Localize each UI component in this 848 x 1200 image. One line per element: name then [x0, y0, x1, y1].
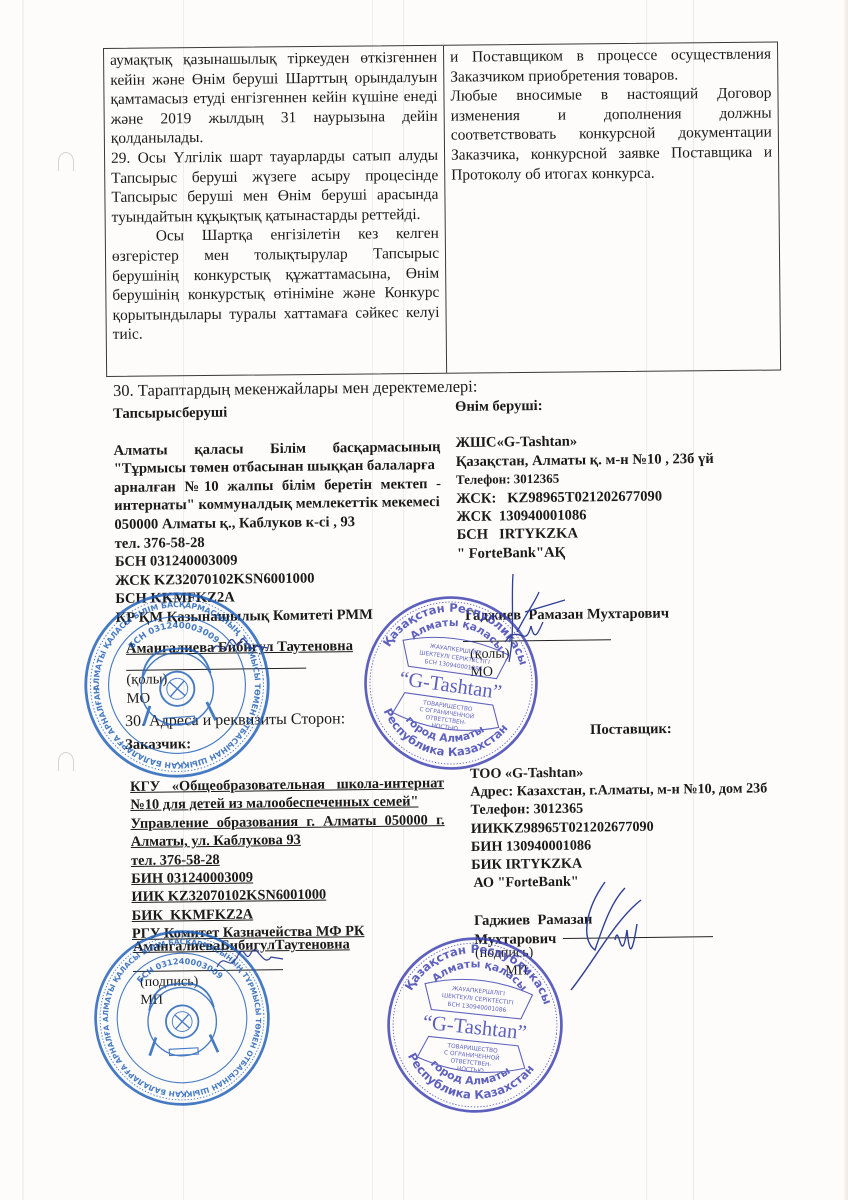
kz-supplier-seal-caption: МО — [470, 664, 510, 682]
ru-supplier-signatory-line1: Гаджиев Рамазан — [474, 911, 592, 931]
ru-supplier-block: ТОО «G-Tashtan» Адрес: Казахстан, г.Алма… — [470, 761, 782, 892]
kz-paragraph-29: 29. Осы Үлгілік шарт тауарларды сатып ал… — [111, 146, 439, 228]
svg-text:С ОГРАНИЧЕННОЙ: С ОГРАНИЧЕННОЙ — [419, 706, 475, 721]
ru-supplier-seal-caption: МП — [475, 962, 533, 981]
ru-customer-seal-caption: МП — [140, 991, 198, 1010]
ru-section-heading: 30. Адреса и реквизиты Сторон: — [125, 710, 345, 731]
kz-supplier-signature-caption: (қолы) — [470, 646, 510, 664]
kz-supplier-captions: (қолы) МО — [470, 646, 510, 682]
svg-text:ШЕКТЕУЛІ СЕРІКТЕСТІГІ: ШЕКТЕУЛІ СЕРІКТЕСТІГІ — [442, 993, 514, 1007]
table-cell-russian: и Поставщиком в процессе осуществления З… — [444, 43, 780, 373]
table-cell-kazakh: аумақтық қазынашылық тіркеуден өткізгенн… — [104, 46, 447, 376]
kz-customer-signatory: Амангалиева Бибигул Таутеновна — [116, 636, 443, 659]
ru-customer-signature-caption: (подпись) — [140, 973, 198, 992]
ru-supplier-captions: (подпись) МП — [475, 944, 534, 981]
kz-section-heading: 30. Тараптардың мекенжайлары мен деректе… — [113, 377, 478, 401]
kz-supplier-block: Өнім беруші: ЖШС«G-Tashtan» Қазақстан, А… — [455, 394, 777, 563]
svg-text:ОТВЕТСТВЕН-: ОТВЕТСТВЕН- — [425, 715, 466, 727]
kz-supplier-bank: " ForteBank"АҚ — [457, 541, 777, 563]
ru-supplier-bank: АО "ForteBank" — [471, 870, 781, 892]
svg-text:НОСТЬЮ: НОСТЬЮ — [456, 1066, 483, 1075]
svg-text:С ОГРАНИЧЕННОЙ: С ОГРАНИЧЕННОЙ — [444, 1049, 500, 1062]
ru-supplier-signature-caption: (подпись) — [475, 944, 533, 963]
ru-customer-block: КГУ «Общеобразовательная школа-интернат … — [130, 774, 446, 943]
page-edge — [842, 0, 848, 1200]
kz-customer-name-line4: интернаты" коммуналдық мемлекеттік мекем… — [114, 493, 441, 516]
punch-hole — [58, 152, 74, 171]
svg-text:Республика Казахстан: Республика Казахстан — [375, 704, 511, 767]
kz-supplier-signature-line — [463, 639, 611, 642]
ru-customer-signature-line — [133, 969, 283, 972]
ru-supplier-label: Поставщик: — [590, 721, 672, 739]
kz-paragraph-continuation: аумақтық қазынашылық тіркеуден өткізгенн… — [110, 48, 438, 149]
ru-paragraph-changes: Любые вносимые в настоящий Договор измен… — [450, 84, 772, 185]
ru-customer-captions: (подпись) МП — [140, 973, 199, 1010]
svg-text:НОСТЬЮ: НОСТЬЮ — [431, 723, 458, 733]
kz-supplier-signatory: Гаджиев Рамазан Мухтарович — [465, 606, 669, 625]
kz-paragraph-changes: Осы Шартқа енгізілетін кез келген өзгері… — [112, 224, 440, 345]
svg-text:ОТВЕТСТВЕН-: ОТВЕТСТВЕН- — [450, 1058, 492, 1068]
svg-text:БСН 130940001086: БСН 130940001086 — [447, 1002, 507, 1014]
contract-terms-table: аумақтық қазынашылық тіркеуден өткізгенн… — [103, 42, 781, 377]
svg-text:Республика Казахстан: Республика Казахстан — [401, 1049, 538, 1108]
svg-text:ТОВАРИЩЕСТВО: ТОВАРИЩЕСТВО — [446, 1043, 498, 1054]
svg-text:город Алматы: город Алматы — [401, 712, 488, 750]
svg-text:“G-Tashtan”: “G-Tashtan” — [422, 1012, 528, 1045]
ru-customer-label: Заказчик: — [125, 736, 191, 754]
svg-text:город Алматы: город Алматы — [426, 1056, 513, 1091]
ru-paragraph-continuation: и Поставщиком в процессе осуществления З… — [450, 45, 771, 87]
svg-text:ЖАУАПКЕРШІЛІГІ: ЖАУАПКЕРШІЛІГІ — [452, 986, 506, 998]
ru-customer-signatory: АмангалиеваБибигулТаутеновна — [133, 936, 350, 956]
punch-hole — [58, 752, 74, 771]
kz-customer-block: Тапсырысберуші Алматы қаласы Білім басқа… — [113, 401, 444, 708]
